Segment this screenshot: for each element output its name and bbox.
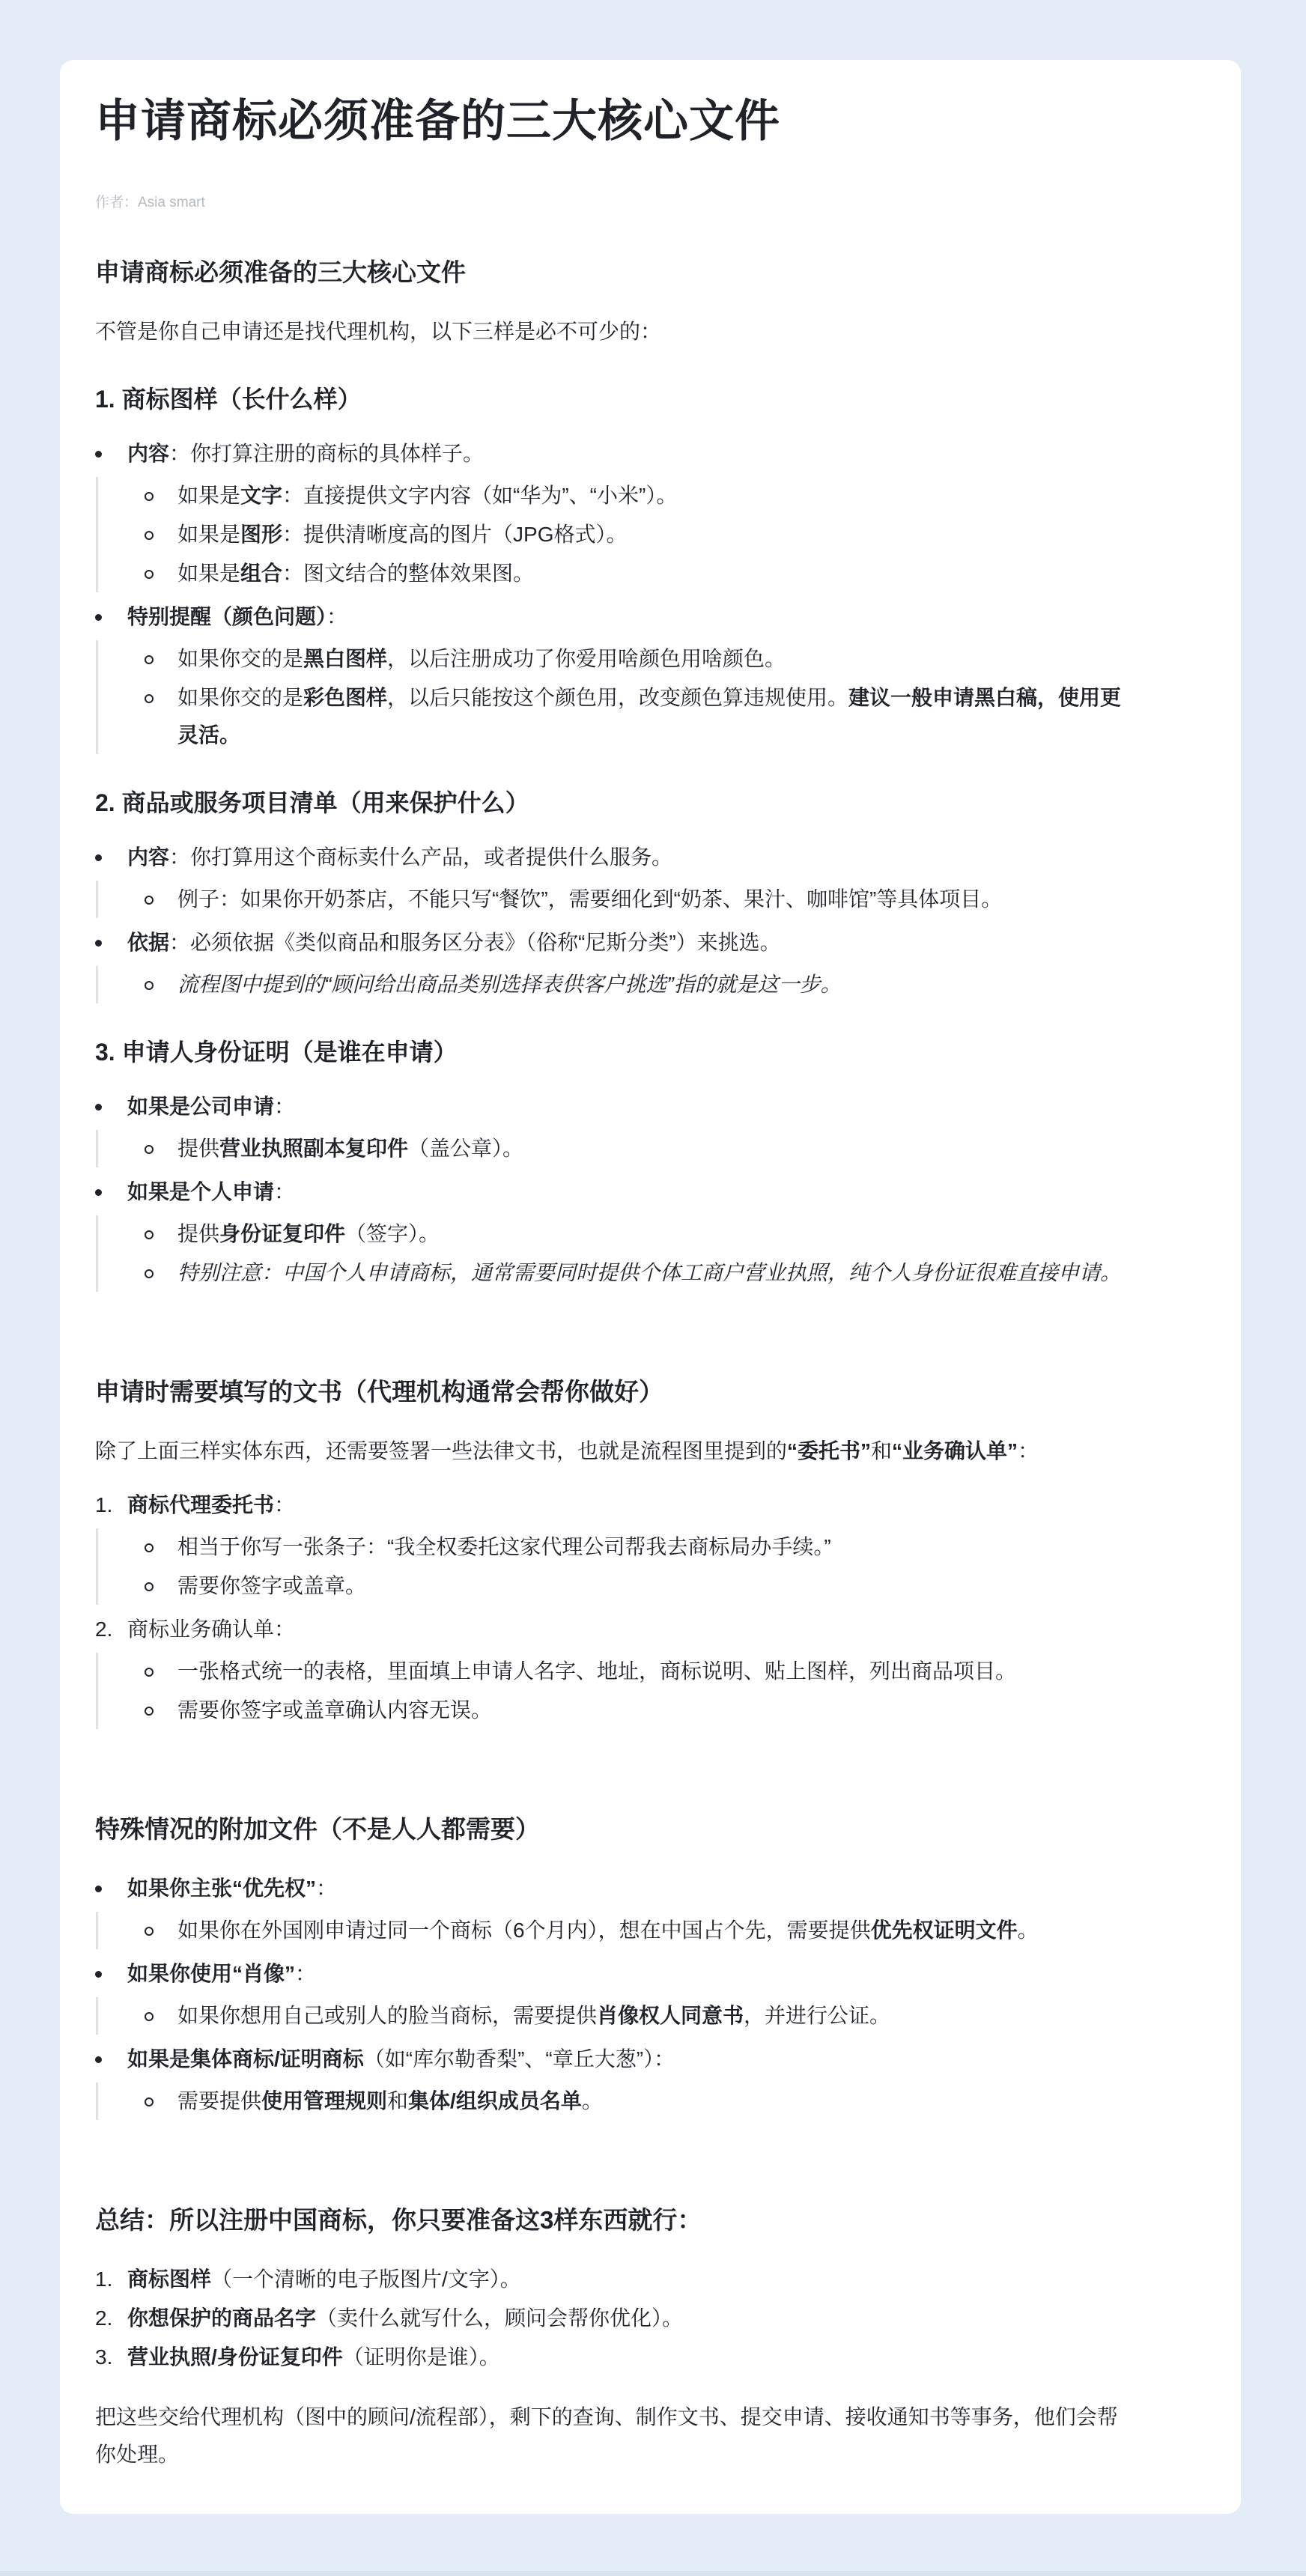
text-run: 内容 — [127, 442, 169, 465]
text-run: 如果是集体商标/证明商标 — [127, 2047, 364, 2071]
text-run: （盖公章）。 — [408, 1137, 523, 1160]
text-run: 和 — [871, 1439, 892, 1462]
text-run: ：你打算用这个商标卖什么产品，或者提供什么服务。 — [169, 845, 672, 869]
article-card: 申请商标必须准备的三大核心文件 作者：Asia smart 申请商标必须准备的三… — [60, 60, 1241, 2514]
text-run: 你想保护的商品名字 — [127, 2306, 316, 2330]
section-heading: 特殊情况的附加文件（不是人人都需要） — [95, 1813, 1137, 1846]
text-run: 图形 — [240, 523, 282, 546]
text-run: 申请时需要填写的文书（代理机构通常会帮你做好） — [95, 1378, 663, 1406]
article-body: 申请商标必须准备的三大核心文件不管是你自己申请还是找代理机构，以下三样是必不可少… — [95, 256, 1137, 2473]
text-run: ： — [1018, 1439, 1039, 1462]
text-run: ：提供清晰度高的图片（JPG格式）。 — [282, 523, 627, 546]
list-item: 如果是公司申请：提供营业执照副本复印件（盖公章）。 — [95, 1088, 1137, 1167]
text-run: 例子：如果你开奶茶店，不能只写“餐饮”，需要细化到“奶茶、果汁、咖啡馆”等具体项… — [177, 887, 1002, 911]
text-run: 提供 — [177, 1222, 219, 1245]
text-run: 一张格式统一的表格，里面填上申请人名字、地址，商标说明、贴上图样，列出商品项目。 — [177, 1659, 1016, 1683]
text-run: 如果你交的是 — [177, 686, 303, 709]
text-run: （卖什么就写什么，顾问会帮你优化）。 — [316, 2306, 683, 2330]
nested-list: 如果是文字：直接提供文字内容（如“华为”、“小米”）。如果是图形：提供清晰度高的… — [96, 477, 1137, 592]
text-run: 集体/组织成员名单 — [408, 2089, 582, 2112]
text-run: 提供 — [177, 1137, 219, 1160]
text-run: 如果你在外国刚申请过同一个商标（6个月内），想在中国占个先，需要提供 — [177, 1919, 871, 1942]
paragraph: 除了上面三样实体东西，还需要签署一些法律文书，也就是流程图里提到的“委托书”和“… — [95, 1433, 1137, 1470]
text-run: （签字）。 — [345, 1222, 440, 1245]
numbered-list: 商标图样（一个清晰的电子版图片/文字）。你想保护的商品名字（卖什么就写什么，顾问… — [95, 2261, 1137, 2376]
text-run: 身份证复印件 — [219, 1222, 345, 1245]
text-run: 流程图中提到的“顾问给出商品类别选择表供客户挑选”指的就是这一步。 — [177, 973, 842, 996]
text-run: ： — [295, 1962, 316, 1985]
nested-list-item: 特别注意：中国个人申请商标，通常需要同时提供个体工商户营业执照，纯个人身份证很难… — [145, 1254, 1137, 1292]
list-item: 商标代理委托书：相当于你写一张条子：“我全权委托这家代理公司帮我去商标局办手续。… — [95, 1486, 1137, 1605]
text-run: 除了上面三样实体东西，还需要签署一些法律文书，也就是流程图里提到的 — [95, 1439, 787, 1462]
paragraph: 不管是你自己申请还是找代理机构，以下三样是必不可少的： — [95, 313, 1137, 350]
text-run: 商标图样 — [127, 2267, 211, 2291]
subsection-heading: 3. 申请人身份证明（是谁在申请） — [95, 1036, 1137, 1069]
text-run: 申请商标必须准备的三大核心文件 — [95, 258, 466, 286]
nested-list-item: 提供营业执照副本复印件（盖公章）。 — [145, 1130, 1137, 1167]
text-run: 如果你使用“肖像” — [127, 1962, 295, 1985]
text-run: 商标业务确认单： — [127, 1617, 295, 1641]
text-run: 如果你交的是 — [177, 647, 303, 670]
text-run: ，并进行公证。 — [744, 2004, 890, 2027]
subsection-heading: 1. 商标图样（长什么样） — [95, 383, 1137, 416]
text-run: ，以后注册成功了你爱用啥颜色用啥颜色。 — [387, 647, 786, 670]
nested-list: 如果你想用自己或别人的脸当商标，需要提供肖像权人同意书，并进行公证。 — [96, 1997, 1137, 2035]
nested-list: 如果你在外国刚申请过同一个商标（6个月内），想在中国占个先，需要提供优先权证明文… — [96, 1912, 1137, 1949]
text-run: （证明你是谁）。 — [343, 2345, 500, 2369]
numbered-list: 商标代理委托书：相当于你写一张条子：“我全权委托这家代理公司帮我去商标局办手续。… — [95, 1486, 1137, 1729]
nested-list-item: 流程图中提到的“顾问给出商品类别选择表供客户挑选”指的就是这一步。 — [145, 966, 1137, 1003]
nested-list-item: 需要你签字或盖章确认内容无误。 — [145, 1692, 1137, 1729]
nested-list: 提供营业执照副本复印件（盖公章）。 — [96, 1130, 1137, 1167]
text-run: 使用管理规则 — [261, 2089, 387, 2112]
text-run: 营业执照/身份证复印件 — [127, 2345, 343, 2369]
text-run: 。 — [1018, 1919, 1039, 1942]
nested-list-item: 如果是图形：提供清晰度高的图片（JPG格式）。 — [145, 516, 1137, 553]
list-item: 依据：必须依据《类似商品和服务区分表》（俗称“尼斯分类”）来挑选。流程图中提到的… — [95, 924, 1137, 1003]
nested-list: 需要提供使用管理规则和集体/组织成员名单。 — [96, 2083, 1137, 2120]
text-run: 如果是 — [177, 484, 240, 507]
text-run: “业务确认单” — [892, 1439, 1018, 1462]
text-run: 肖像权人同意书 — [597, 2004, 744, 2027]
list-item: 特别提醒（颜色问题）：如果你交的是黑白图样，以后注册成功了你爱用啥颜色用啥颜色。… — [95, 598, 1137, 754]
text-run: ： — [316, 1877, 337, 1900]
nested-list-item: 一张格式统一的表格，里面填上申请人名字、地址，商标说明、贴上图样，列出商品项目。 — [145, 1653, 1137, 1690]
list-item: 如果是个人申请：提供身份证复印件（签字）。特别注意：中国个人申请商标，通常需要同… — [95, 1173, 1137, 1292]
bullet-list: 如果你主张“优先权”：如果你在外国刚申请过同一个商标（6个月内），想在中国占个先… — [95, 1870, 1137, 2120]
list-item: 营业执照/身份证复印件（证明你是谁）。 — [95, 2339, 1137, 2376]
list-item: 商标图样（一个清晰的电子版图片/文字）。 — [95, 2261, 1137, 2298]
text-run: ： — [326, 605, 347, 628]
text-run: ： — [274, 1493, 295, 1516]
text-run: 商标代理委托书 — [127, 1493, 274, 1516]
nested-list-item: 需要提供使用管理规则和集体/组织成员名单。 — [145, 2083, 1137, 2120]
nested-list: 流程图中提到的“顾问给出商品类别选择表供客户挑选”指的就是这一步。 — [96, 966, 1137, 1003]
text-run: 彩色图样 — [303, 686, 387, 709]
section-heading: 总结：所以注册中国商标，你只要准备这3样东西就行： — [95, 2204, 1137, 2237]
page-title: 申请商标必须准备的三大核心文件 — [95, 94, 1137, 148]
section-heading: 申请时需要填写的文书（代理机构通常会帮你做好） — [95, 1376, 1137, 1409]
text-run: 不管是你自己申请还是找代理机构，以下三样是必不可少的： — [95, 320, 661, 343]
text-run: （一个清晰的电子版图片/文字）。 — [211, 2267, 521, 2291]
text-run: “委托书” — [787, 1439, 871, 1462]
text-run: 需要你签字或盖章。 — [177, 1574, 366, 1597]
nested-list-item: 例子：如果你开奶茶店，不能只写“餐饮”，需要细化到“奶茶、果汁、咖啡馆”等具体项… — [145, 881, 1137, 918]
list-item: 内容：你打算注册的商标的具体样子。如果是文字：直接提供文字内容（如“华为”、“小… — [95, 435, 1137, 592]
text-run: ：必须依据《类似商品和服务区分表》（俗称“尼斯分类”）来挑选。 — [169, 931, 781, 954]
text-run: 总结：所以注册中国商标，你只要准备这3样东西就行： — [95, 2206, 702, 2234]
text-run: ，以后只能按这个颜色用，改变颜色算违规使用。 — [387, 686, 848, 709]
author-line: 作者：Asia smart — [95, 193, 1137, 213]
text-run: 内容 — [127, 845, 169, 869]
text-run: 3. 申请人身份证明（是谁在申请） — [95, 1039, 458, 1066]
nested-list-item: 如果你在外国刚申请过同一个商标（6个月内），想在中国占个先，需要提供优先权证明文… — [145, 1912, 1137, 1949]
text-run: 特别提醒（颜色问题） — [127, 605, 326, 628]
nested-list-item: 如果你想用自己或别人的脸当商标，需要提供肖像权人同意书，并进行公证。 — [145, 1997, 1137, 2035]
text-run: 如果是公司申请 — [127, 1095, 274, 1118]
text-run: 需要你签字或盖章确认内容无误。 — [177, 1698, 492, 1722]
nested-list-item: 如果是组合：图文结合的整体效果图。 — [145, 555, 1137, 592]
nested-list-item: 如果是文字：直接提供文字内容（如“华为”、“小米”）。 — [145, 477, 1137, 514]
nested-list-item: 如果你交的是黑白图样，以后注册成功了你爱用啥颜色用啥颜色。 — [145, 640, 1137, 678]
text-run: 特殊情况的附加文件（不是人人都需要） — [95, 1815, 540, 1843]
nested-list: 一张格式统一的表格，里面填上申请人名字、地址，商标说明、贴上图样，列出商品项目。… — [96, 1653, 1137, 1729]
text-run: 特别注意：中国个人申请商标，通常需要同时提供个体工商户营业执照，纯个人身份证很难… — [177, 1261, 1121, 1284]
list-item: 商标业务确认单：一张格式统一的表格，里面填上申请人名字、地址，商标说明、贴上图样… — [95, 1611, 1137, 1729]
text-run: 把这些交给代理机构（图中的顾问/流程部），剩下的查询、制作文书、提交申请、接收通… — [95, 2405, 1118, 2466]
text-run: 1. 商标图样（长什么样） — [95, 386, 362, 413]
nested-list: 例子：如果你开奶茶店，不能只写“餐饮”，需要细化到“奶茶、果汁、咖啡馆”等具体项… — [96, 881, 1137, 918]
text-run: 相当于你写一张条子：“我全权委托这家代理公司帮我去商标局办手续。” — [177, 1535, 831, 1558]
bullet-list: 内容：你打算注册的商标的具体样子。如果是文字：直接提供文字内容（如“华为”、“小… — [95, 435, 1137, 754]
list-item: 如果你使用“肖像”：如果你想用自己或别人的脸当商标，需要提供肖像权人同意书，并进… — [95, 1955, 1137, 2035]
text-run: 需要提供 — [177, 2089, 261, 2112]
text-run: 如果你主张“优先权” — [127, 1877, 316, 1900]
list-item: 你想保护的商品名字（卖什么就写什么，顾问会帮你优化）。 — [95, 2300, 1137, 2337]
text-run: 依据 — [127, 931, 169, 954]
nested-list: 如果你交的是黑白图样，以后注册成功了你爱用啥颜色用啥颜色。如果你交的是彩色图样，… — [96, 640, 1137, 754]
text-run: 组合 — [240, 562, 282, 585]
list-item: 内容：你打算用这个商标卖什么产品，或者提供什么服务。例子：如果你开奶茶店，不能只… — [95, 839, 1137, 918]
nested-list: 提供身份证复印件（签字）。特别注意：中国个人申请商标，通常需要同时提供个体工商户… — [96, 1215, 1137, 1292]
nested-list-item: 需要你签字或盖章。 — [145, 1567, 1137, 1605]
nested-list-item: 相当于你写一张条子：“我全权委托这家代理公司帮我去商标局办手续。” — [145, 1528, 1137, 1566]
text-run: 营业执照副本复印件 — [219, 1137, 408, 1160]
nested-list: 相当于你写一张条子：“我全权委托这家代理公司帮我去商标局办手续。”需要你签字或盖… — [96, 1528, 1137, 1605]
bullet-list: 如果是公司申请：提供营业执照副本复印件（盖公章）。如果是个人申请：提供身份证复印… — [95, 1088, 1137, 1292]
text-run: 黑白图样 — [303, 647, 387, 670]
text-run: 如果是 — [177, 562, 240, 585]
nested-list-item: 如果你交的是彩色图样，以后只能按这个颜色用，改变颜色算违规使用。建议一般申请黑白… — [145, 679, 1137, 754]
text-run: ： — [274, 1095, 295, 1118]
nested-list-item: 提供身份证复印件（签字）。 — [145, 1215, 1137, 1253]
viewport-bottom-strip — [0, 2571, 1306, 2576]
text-run: 文字 — [240, 484, 282, 507]
paragraph: 把这些交给代理机构（图中的顾问/流程部），剩下的查询、制作文书、提交申请、接收通… — [95, 2399, 1137, 2473]
text-run: 如果是 — [177, 523, 240, 546]
section-heading: 申请商标必须准备的三大核心文件 — [95, 256, 1137, 289]
text-run: 2. 商品或服务项目清单（用来保护什么） — [95, 789, 529, 816]
bullet-list: 内容：你打算用这个商标卖什么产品，或者提供什么服务。例子：如果你开奶茶店，不能只… — [95, 839, 1137, 1003]
subsection-heading: 2. 商品或服务项目清单（用来保护什么） — [95, 787, 1137, 819]
text-run: ： — [274, 1180, 295, 1203]
text-run: 如果是个人申请 — [127, 1180, 274, 1203]
list-item: 如果是集体商标/证明商标（如“库尔勒香梨”、“章丘大葱”）：需要提供使用管理规则… — [95, 2041, 1137, 2120]
text-run: 和 — [387, 2089, 408, 2112]
page: 申请商标必须准备的三大核心文件 作者：Asia smart 申请商标必须准备的三… — [0, 0, 1306, 2576]
text-run: 优先权证明文件 — [871, 1919, 1018, 1942]
list-item: 如果你主张“优先权”：如果你在外国刚申请过同一个商标（6个月内），想在中国占个先… — [95, 1870, 1137, 1949]
text-run: ：直接提供文字内容（如“华为”、“小米”）。 — [282, 484, 677, 507]
text-run: ：你打算注册的商标的具体样子。 — [169, 442, 484, 465]
text-run: 如果你想用自己或别人的脸当商标，需要提供 — [177, 2004, 597, 2027]
text-run: 。 — [582, 2089, 603, 2112]
text-run: （如“库尔勒香梨”、“章丘大葱”）： — [364, 2047, 675, 2071]
text-run: ：图文结合的整体效果图。 — [282, 562, 534, 585]
